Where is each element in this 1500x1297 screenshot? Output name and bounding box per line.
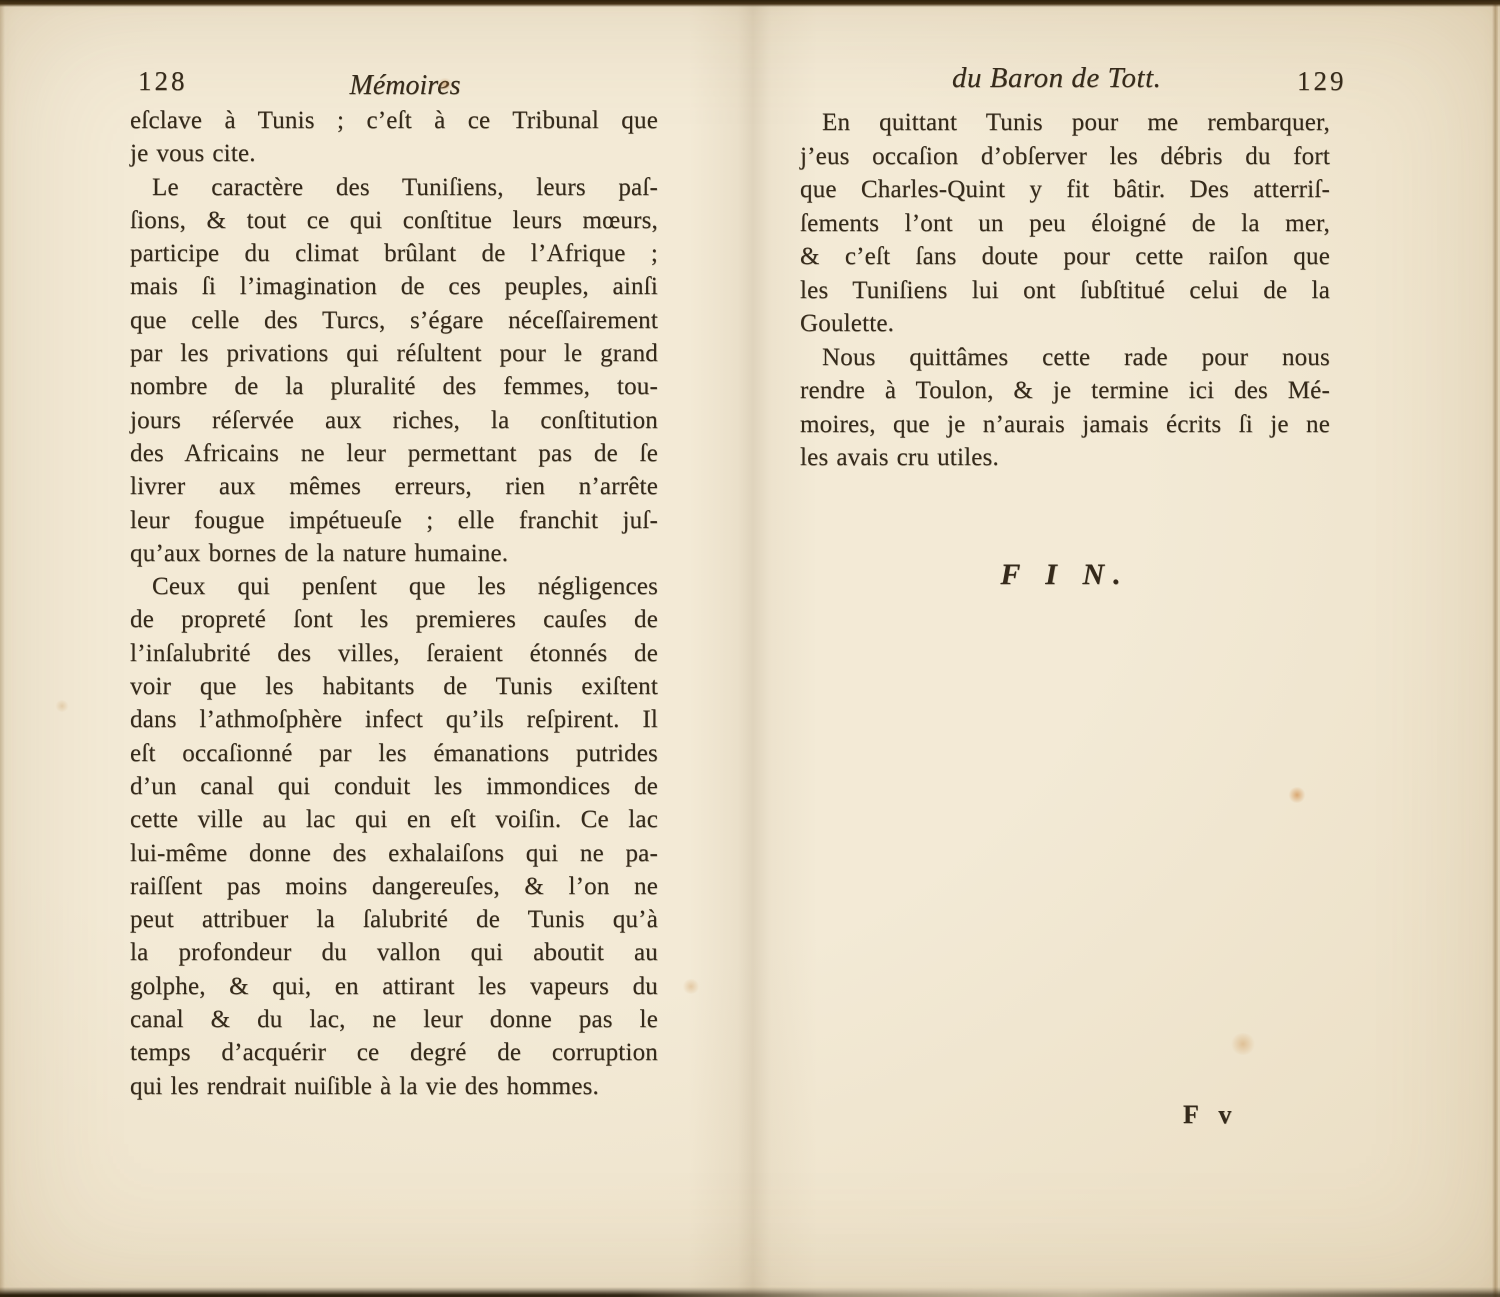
page-gutter-shadow [688, 0, 818, 1297]
text-line: la profondeur du vallon qui aboutit au [130, 936, 658, 969]
text-line: En quittant Tunis pour me rembarquer, [800, 106, 1330, 140]
text-line: je vous cite. [130, 137, 658, 170]
text-line: golphe, & qui, en attirant les vapeurs d… [130, 970, 658, 1003]
text-line: Le caractère des Tuniſiens, leurs paſ- [130, 171, 658, 204]
right-running-title: du Baron de Tott. [952, 62, 1161, 95]
text-line: qui les rendrait nuiſible à la vie des h… [130, 1070, 658, 1103]
paragraph: En quittant Tunis pour me rembarquer,j’e… [800, 106, 1330, 341]
text-line: que celle des Turcs, s’égare néceſſairem… [130, 304, 658, 337]
text-line: leur fougue impétueuſe ; elle franchit j… [130, 504, 658, 537]
text-line: par les privations qui réſultent pour le… [130, 337, 658, 370]
text-line: participe du climat brûlant de l’Afrique… [130, 237, 658, 270]
text-line: ſions, & tout ce qui conſtitue leurs mœu… [130, 204, 658, 237]
text-line: mais ſi l’imagination de ces peuples, ai… [130, 270, 658, 303]
foxing-stain [1288, 787, 1306, 803]
text-line: & c’eſt ſans doute pour cette raiſon que [800, 240, 1330, 274]
book-spread: 128 Mémoires eſclave à Tunis ; c’eſt à c… [0, 0, 1500, 1297]
fin-label: F I N. [800, 558, 1330, 592]
text-line: nombre de la pluralité des femmes, tou- [130, 370, 658, 403]
book-bottom-edge [0, 1287, 1500, 1297]
text-line: des Africains ne leur permettant pas de … [130, 437, 658, 470]
right-page-number: 129 [1297, 66, 1347, 97]
paragraph: Nous quittâmes cette rade pour nousrendr… [800, 341, 1330, 475]
right-page-text: En quittant Tunis pour me rembarquer,j’e… [800, 106, 1330, 475]
text-line: d’un canal qui conduit les immondices de [130, 770, 658, 803]
text-line: temps d’acquérir ce degré de corruption [130, 1036, 658, 1069]
text-line: Goulette. [800, 307, 1330, 341]
left-page-edge [0, 0, 5, 1297]
text-line: les Tuniſiens lui ont ſubſtitué celui de… [800, 274, 1330, 308]
text-line: rendre à Toulon, & je termine ici des Mé… [800, 374, 1330, 408]
right-page-header: du Baron de Tott. 129 [800, 60, 1348, 102]
text-line: jours réſervée aux riches, la conſtituti… [130, 404, 658, 437]
left-running-title: Mémoires [260, 70, 550, 102]
text-line: voir que les habitants de Tunis exiſtent [130, 670, 658, 703]
text-line: les avais cru utiles. [800, 441, 1330, 475]
foxing-stain [1230, 1033, 1256, 1055]
text-line: dans l’athmoſphère infect qu’ils reſpire… [130, 703, 658, 736]
left-page-number: 128 [138, 66, 188, 97]
text-line: lui-même donne des exhalaiſons qui ne pa… [130, 837, 658, 870]
foxing-stain [55, 700, 69, 712]
signature-mark: F v [1183, 1100, 1238, 1130]
paragraph: Ceux qui penſent que les négligencesde p… [130, 570, 658, 1103]
text-line: peut attribuer la ſalubrité de Tunis qu’… [130, 903, 658, 936]
text-line: eſt occaſionné par les émanations putrid… [130, 737, 658, 770]
text-line: Ceux qui penſent que les négligences [130, 570, 658, 603]
text-line: Nous quittâmes cette rade pour nous [800, 341, 1330, 375]
text-line: livrer aux mêmes erreurs, rien n’arrête [130, 470, 658, 503]
text-line: eſclave à Tunis ; c’eſt à ce Tribunal qu… [130, 104, 658, 137]
paragraph: Le caractère des Tuniſiens, leurs paſ-ſi… [130, 171, 658, 571]
text-line: qu’aux bornes de la nature humaine. [130, 537, 658, 570]
left-page-text: eſclave à Tunis ; c’eſt à ce Tribunal qu… [130, 104, 658, 1103]
text-line: de propreté ſont les premieres cauſes de [130, 603, 658, 636]
book-top-edge [0, 0, 1500, 7]
text-line: l’inſalubrité des villes, ſeraient étonn… [130, 637, 658, 670]
text-line: raiſſent pas moins dangereuſes, & l’on n… [130, 870, 658, 903]
text-line: que Charles-Quint y fit bâtir. Des atter… [800, 173, 1330, 207]
left-page-header: 128 Mémoires [130, 62, 680, 104]
paragraph: eſclave à Tunis ; c’eſt à ce Tribunal qu… [130, 104, 658, 171]
text-line: ſements l’ont un peu éloigné de la mer, [800, 207, 1330, 241]
text-line: cette ville au lac qui en eſt voiſin. Ce… [130, 803, 658, 836]
text-line: canal & du lac, ne leur donne pas le [130, 1003, 658, 1036]
text-line: moires, que je n’aurais jamais écrits ſi… [800, 408, 1330, 442]
text-line: j’eus occaſion d’obſerver les débris du … [800, 140, 1330, 174]
right-page-edge [1492, 0, 1498, 1297]
